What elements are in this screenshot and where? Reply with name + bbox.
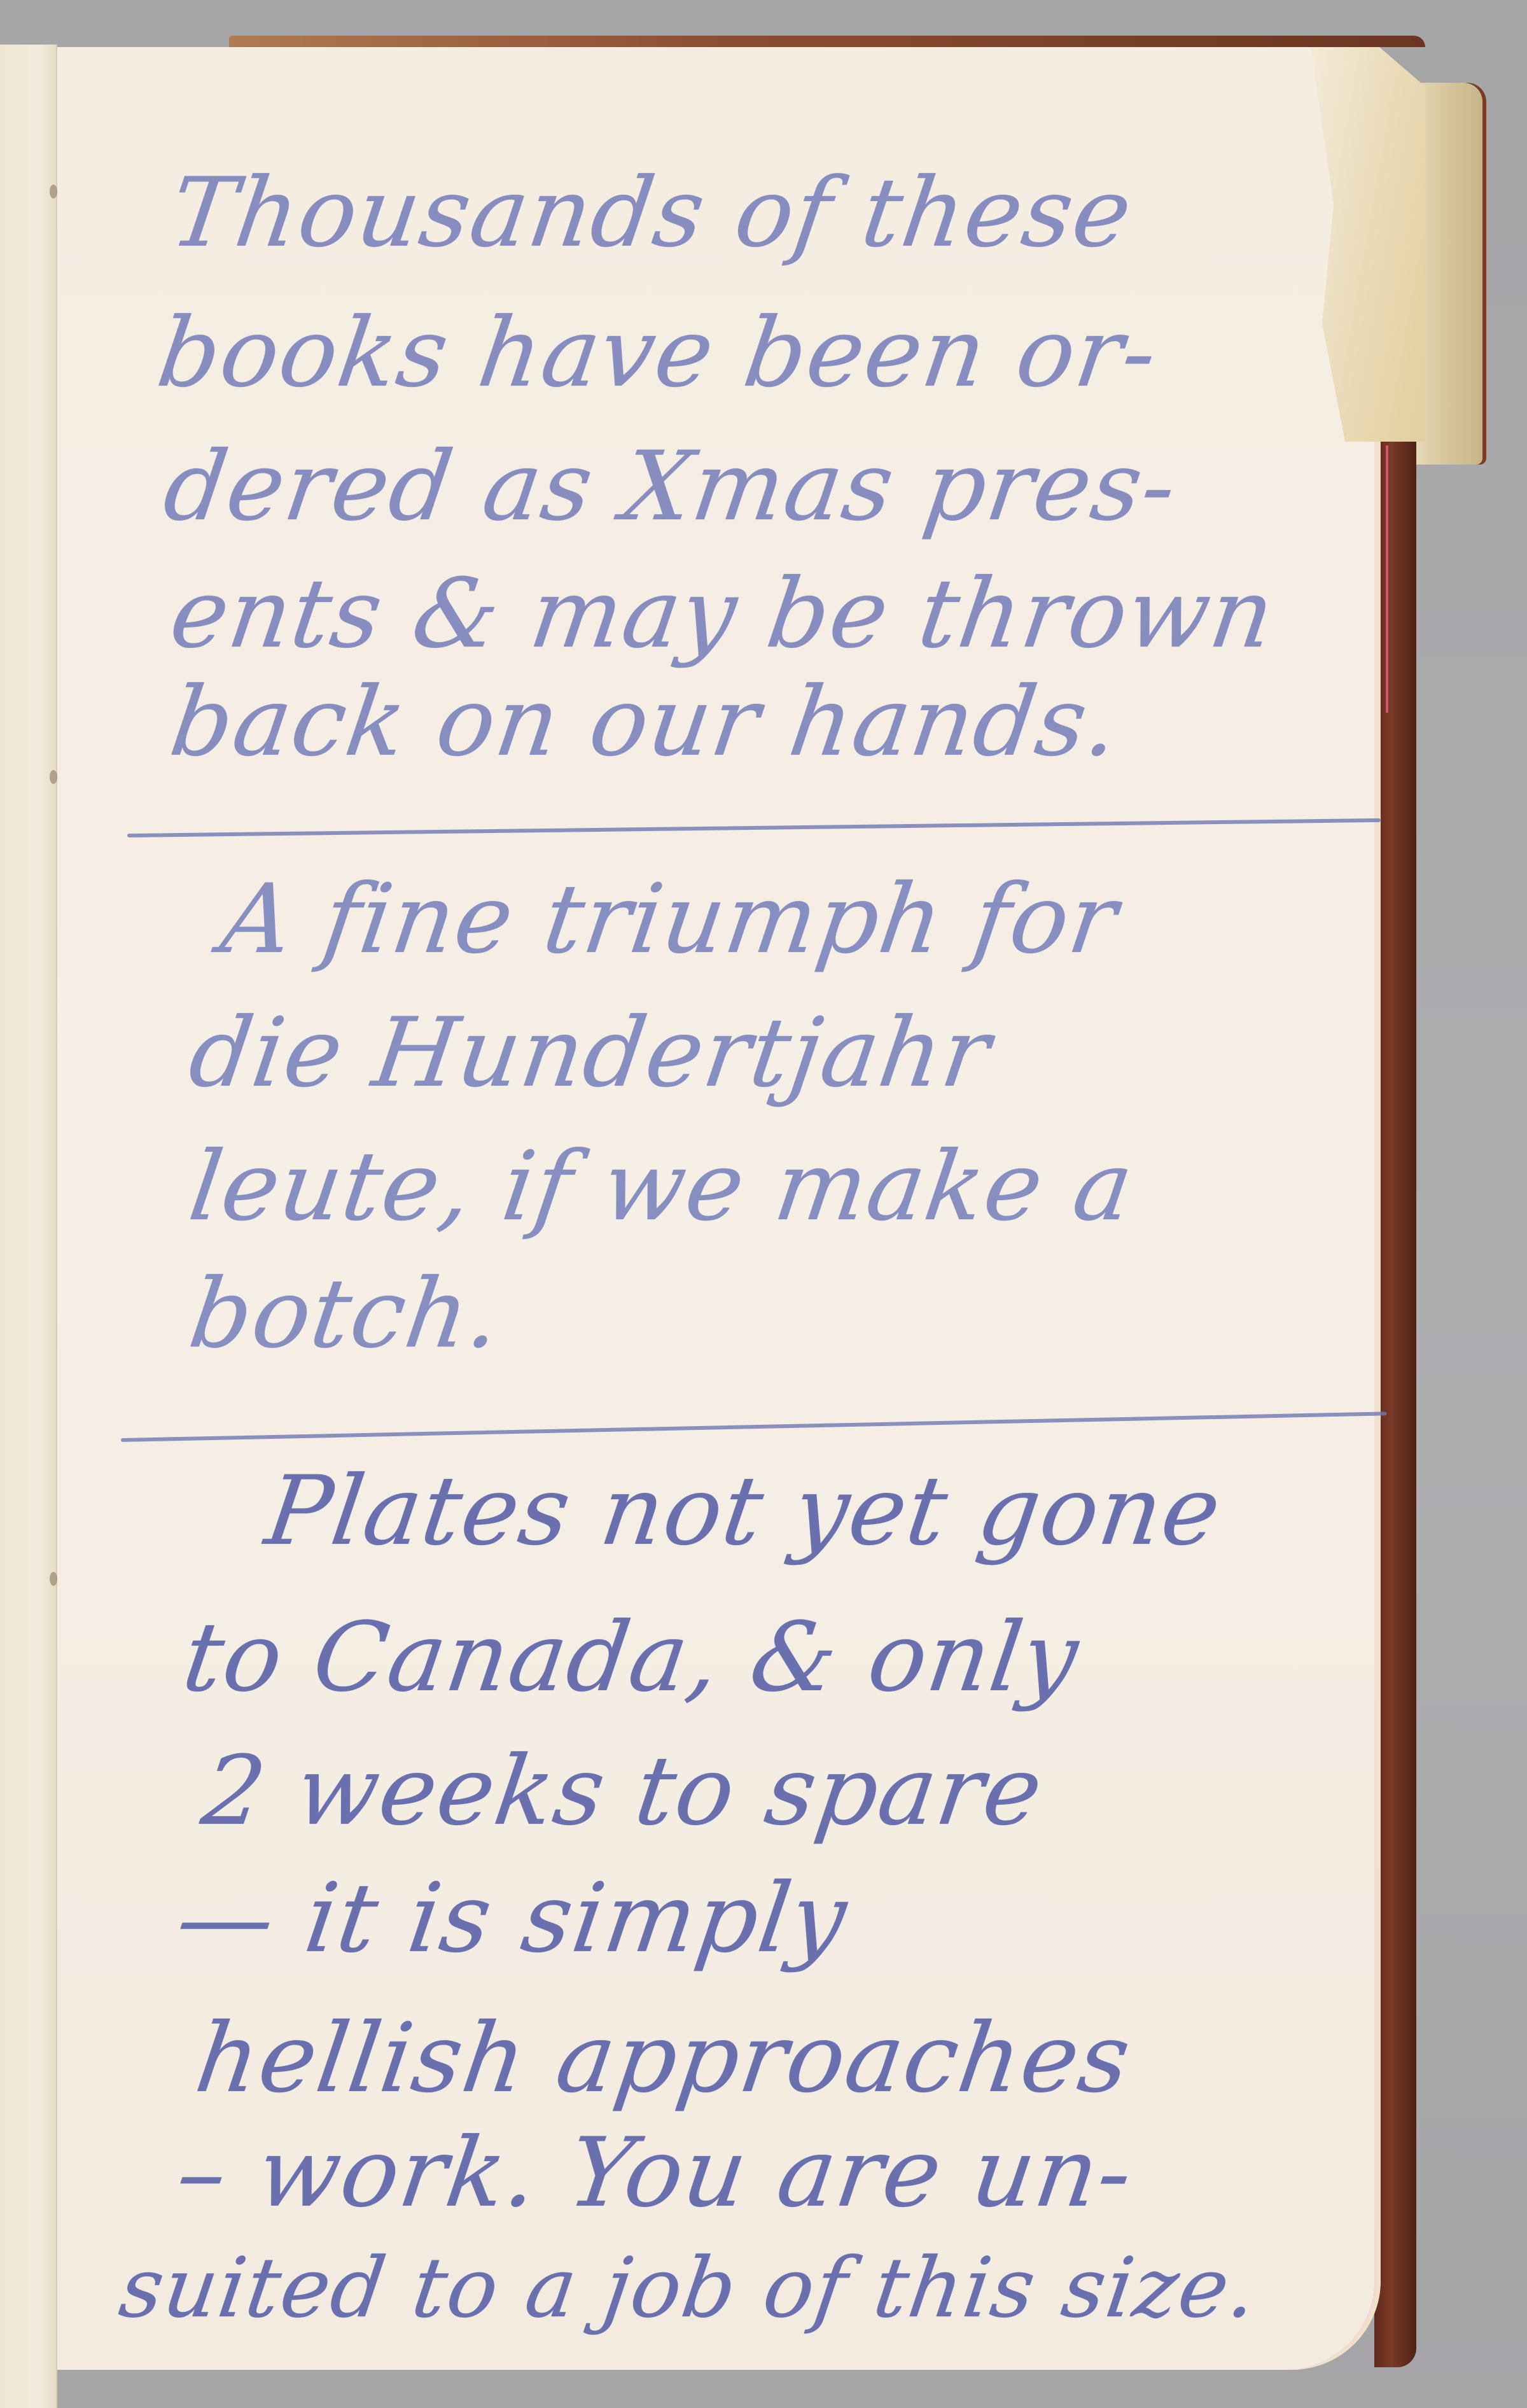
handwritten-line: 2 weeks to spare	[197, 1744, 1049, 1839]
handwritten-line: — it is simply	[171, 1871, 853, 1966]
binding-notch	[50, 770, 57, 784]
handwritten-line: hellish approaches	[190, 2011, 1136, 2106]
handwritten-line: leute, if we make a	[184, 1139, 1139, 1235]
handwritten-line: Plates not yet gone	[260, 1464, 1227, 1559]
handwritten-line: to Canada, & only	[178, 1610, 1084, 1705]
handwritten-line: dered as Xmas pres-	[158, 439, 1182, 535]
notebook-top-cover-edge	[229, 36, 1425, 47]
handwritten-line: ents & may be thrown	[165, 566, 1280, 662]
binding-notch	[50, 1572, 57, 1586]
binding-notch	[50, 185, 57, 199]
handwritten-line: suited to a job of this size.	[115, 2246, 1263, 2329]
handwritten-line: die Hundertjahr	[184, 1005, 996, 1101]
page-edge-marking	[1386, 445, 1388, 713]
handwritten-line: botch.	[184, 1266, 507, 1362]
handwritten-line: – work. You are un-	[171, 2125, 1138, 2221]
handwritten-line: A fine triumph for	[216, 872, 1123, 967]
handwritten-line: back on our hands.	[165, 675, 1125, 770]
handwritten-line: Thousands of these	[165, 165, 1138, 261]
handwritten-line: books have been or-	[152, 305, 1163, 401]
left-facing-page	[0, 45, 57, 2408]
